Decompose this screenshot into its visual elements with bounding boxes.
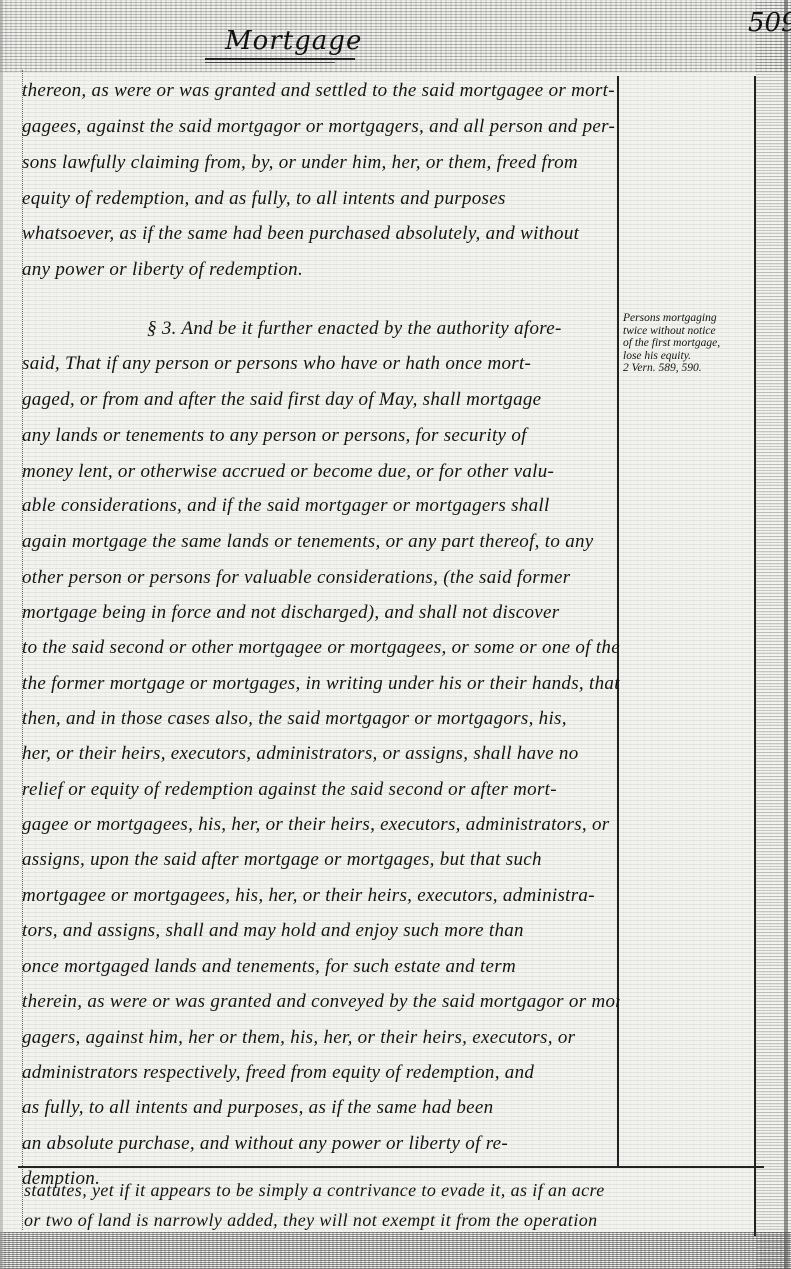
text-line: mortgagee or mortgagees, his, her, or th…	[22, 885, 620, 907]
page-edge-right	[784, 0, 788, 1269]
text-line: gagees, against the said mortgagor or mo…	[22, 116, 620, 138]
margin-note-line: Persons mortgaging	[623, 312, 753, 325]
page-title: Mortgage	[225, 26, 362, 56]
text-line: as fully, to all intents and purposes, a…	[22, 1097, 620, 1119]
text-line: thereon, as were or was granted and sett…	[22, 80, 620, 102]
text-line: able considerations, and if the said mor…	[22, 495, 620, 517]
text-line: money lent, or otherwise accrued or beco…	[22, 461, 620, 483]
text-line: any power or liberty of redemption.	[22, 259, 620, 281]
text-line: administrators respectively, freed from …	[22, 1062, 620, 1084]
text-line: gaged, or from and after the said first …	[22, 389, 620, 411]
footnote-line: statutes, yet if it appears to be simply…	[24, 1180, 754, 1201]
footnote-line: or two of land is narrowly added, they w…	[24, 1210, 754, 1231]
margin-rule-outer	[754, 76, 756, 1236]
text-line: gagee or mortgagees, his, her, or their …	[22, 814, 620, 836]
manuscript-page: Mortgage 509 thereon, as were or was gra…	[0, 0, 791, 1269]
margin-note: Persons mortgaging twice without notice …	[623, 312, 753, 375]
scan-noise-bottom	[0, 1232, 791, 1269]
text-line: other person or persons for valuable con…	[22, 567, 620, 589]
text-line: once mortgaged lands and tenements, for …	[22, 956, 620, 978]
section-heading-line: § 3. And be it further enacted by the au…	[22, 318, 620, 340]
page-edge-left	[0, 0, 3, 1269]
margin-note-citation: 2 Vern. 589, 590.	[623, 362, 753, 375]
text-line: gagers, against him, her or them, his, h…	[22, 1027, 620, 1049]
text-line: then, and in those cases also, the said …	[22, 708, 620, 730]
text-line: assigns, upon the said after mortgage or…	[22, 849, 620, 871]
margin-note-line: lose his equity.	[623, 350, 753, 363]
text-line: relief or equity of redemption against t…	[22, 779, 620, 801]
text-line: her, or their heirs, executors, administ…	[22, 743, 620, 765]
text-line: any lands or tenements to any person or …	[22, 425, 620, 447]
text-line: to the said second or other mortgagee or…	[22, 637, 620, 659]
scan-noise-top	[0, 0, 791, 72]
title-underline-secondary	[205, 62, 335, 63]
text-line: mortgage being in force and not discharg…	[22, 602, 620, 624]
text-line: sons lawfully claiming from, by, or unde…	[22, 152, 620, 174]
text-line: whatsoever, as if the same had been purc…	[22, 223, 620, 245]
text-line: equity of redemption, and as fully, to a…	[22, 188, 620, 210]
text-line: therein, as were or was granted and conv…	[22, 991, 620, 1013]
margin-note-line: twice without notice	[623, 325, 753, 338]
text-line: an absolute purchase, and without any po…	[22, 1133, 620, 1155]
text-line: tors, and assigns, shall and may hold an…	[22, 920, 620, 942]
text-line: the former mortgage or mortgages, in wri…	[22, 673, 620, 695]
text-line: said, That if any person or persons who …	[22, 353, 620, 375]
margin-note-line: of the first mortgage,	[623, 337, 753, 350]
title-underline	[205, 58, 355, 60]
text-line: again mortgage the same lands or tenemen…	[22, 531, 620, 553]
page-number: 509	[748, 8, 791, 38]
